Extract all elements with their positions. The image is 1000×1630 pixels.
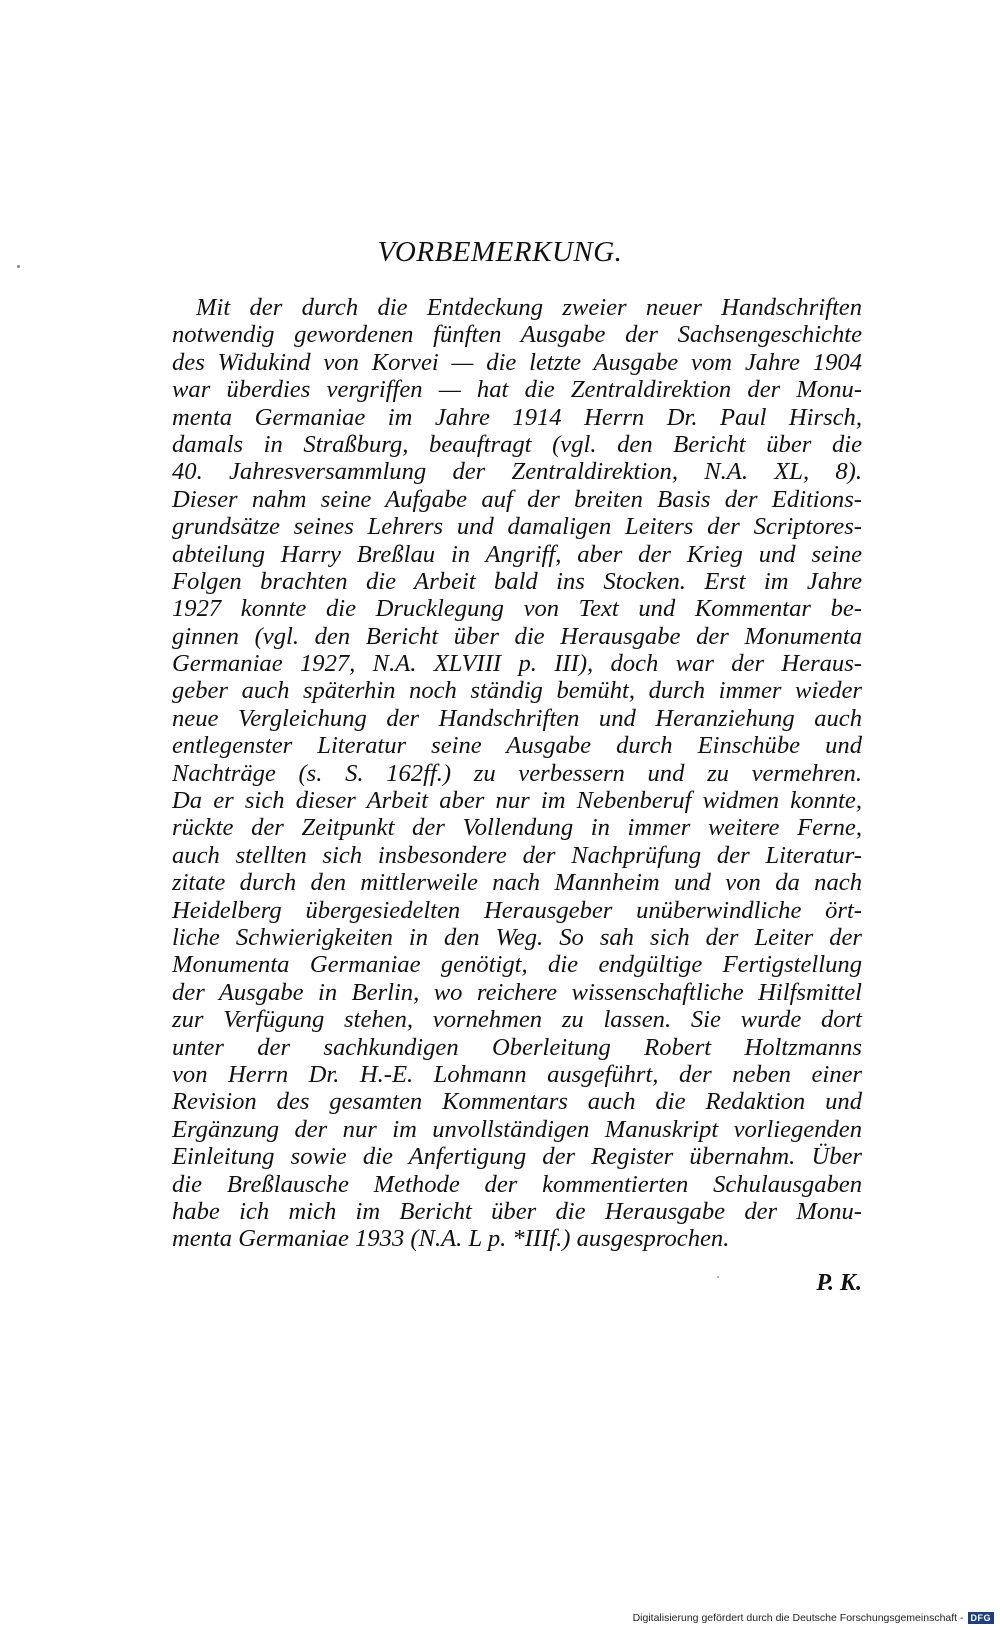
text-line: menta Germaniae im Jahre 1914 Herrn Dr. … [172, 404, 862, 431]
text-line: Monumenta Germaniae genötigt, die endgül… [172, 951, 862, 978]
text-line: abteilung Harry Breßlau in Angriff, aber… [172, 541, 862, 568]
text-line: Heidelberg übergesiedelten Herausgeber u… [172, 897, 862, 924]
text-line: Folgen brachten die Arbeit bald ins Stoc… [172, 568, 862, 595]
scanned-page: VORBEMERKUNG. Mit der durch die Entdecku… [0, 0, 1000, 1630]
text-line: rückte der Zeitpunkt der Vollendung in i… [172, 814, 862, 841]
text-line: Germaniae 1927, N.A. XLVIII p. III), doc… [172, 650, 862, 677]
text-line: ginnen (vgl. den Bericht über die Heraus… [172, 623, 862, 650]
text-line: damals in Straßburg, beauftragt (vgl. de… [172, 431, 862, 458]
text-line: zur Verfügung stehen, vornehmen zu lasse… [172, 1006, 862, 1033]
text-line: Dieser nahm seine Aufgabe auf der breite… [172, 486, 862, 513]
text-line: der Ausgabe in Berlin, wo reichere wisse… [172, 979, 862, 1006]
text-line: Ergänzung der nur im unvollständigen Man… [172, 1116, 862, 1143]
text-line: Mit der durch die Entdeckung zweier neue… [172, 294, 862, 321]
scan-speck [717, 1276, 719, 1278]
text-line: Da er sich dieser Arbeit aber nur im Neb… [172, 787, 862, 814]
text-line: grundsätze seines Lehrers und damaligen … [172, 513, 862, 540]
text-line: habe ich mich im Bericht über die Heraus… [172, 1198, 862, 1225]
text-line: auch stellten sich insbesondere der Nach… [172, 842, 862, 869]
page-title: VORBEMERKUNG. [0, 236, 1000, 269]
text-line: Einleitung sowie die Anfertigung der Reg… [172, 1143, 862, 1170]
text-line: von Herrn Dr. H.-E. Lohmann ausgeführt, … [172, 1061, 862, 1088]
text-line: notwendig gewordenen fünften Ausgabe der… [172, 321, 862, 348]
text-line: geber auch späterhin noch ständig bemüht… [172, 677, 862, 704]
text-line: des Widukind von Korvei — die letzte Aus… [172, 349, 862, 376]
text-line: 40. Jahresversammlung der Zentraldirekti… [172, 458, 862, 485]
signature: P. K. [816, 1270, 862, 1297]
text-line: die Breßlausche Methode der kommentierte… [172, 1171, 862, 1198]
text-line: liche Schwierigkeiten in den Weg. So sah… [172, 924, 862, 951]
dfg-logo-icon: DFG [968, 1612, 995, 1624]
text-line: Revision des gesamten Kommentars auch di… [172, 1088, 862, 1115]
text-line: neue Vergleichung der Handschriften und … [172, 705, 862, 732]
text-line: menta Germaniae 1933 (N.A. L p. *IIIf.) … [172, 1225, 862, 1252]
text-line: entlegenster Literatur seine Ausgabe dur… [172, 732, 862, 759]
text-line: Nachträge (s. S. 162ff.) zu verbessern u… [172, 760, 862, 787]
credit-text: Digitalisierung gefördert durch die Deut… [633, 1612, 964, 1624]
preface-body: Mit der durch die Entdeckung zweier neue… [172, 294, 862, 1253]
text-line: war überdies vergriffen — hat die Zentra… [172, 376, 862, 403]
text-line: unter der sachkundigen Oberleitung Rober… [172, 1034, 862, 1061]
text-line: 1927 konnte die Drucklegung von Text und… [172, 595, 862, 622]
digitization-credit: Digitalisierung gefördert durch die Deut… [633, 1612, 994, 1624]
text-line: zitate durch den mittlerweile nach Mannh… [172, 869, 862, 896]
